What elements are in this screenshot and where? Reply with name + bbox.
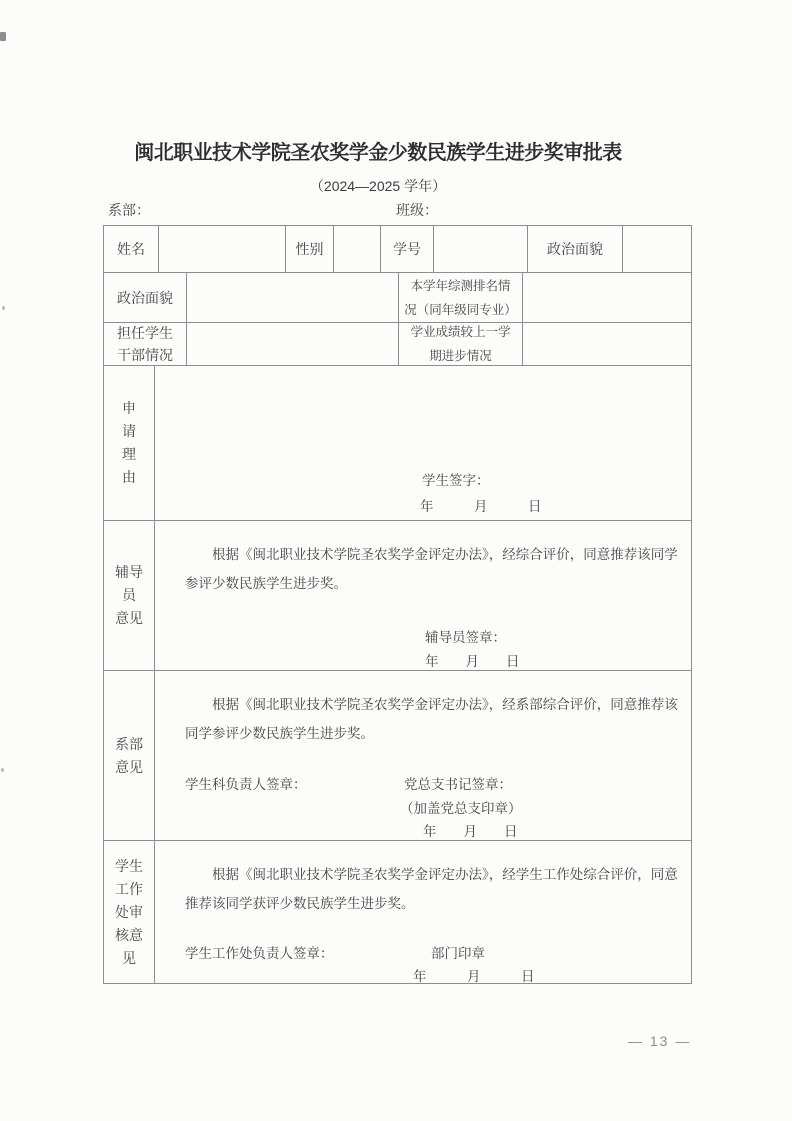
political-status-value-cell-2	[187, 273, 399, 322]
student-id-value-cell	[434, 226, 528, 272]
section-department-opinion: 系部 意见 根据《闽北职业技术学院圣农奖学金评定办法》，经系部综合评价，同意推荐…	[104, 671, 691, 841]
date-line: 年 月 日	[425, 650, 520, 670]
date-line: 年 月 日	[413, 965, 535, 985]
department-field-label: 系部：	[108, 200, 150, 220]
student-cadre-value-cell	[187, 323, 399, 365]
department-opinion-text: 根据《闽北职业技术学院圣农奖学金评定办法》，经系部综合评价，同意推荐该同学参评少…	[155, 671, 690, 748]
application-reason-label: 申 请 理 由	[104, 366, 155, 520]
student-section-chief-signature-label: 学生科负责人签章：	[185, 773, 307, 793]
counselor-opinion-content: 根据《闽北职业技术学院圣农奖学金评定办法》，经综合评价，同意推荐该同学参评少数民…	[155, 521, 691, 670]
date-line: 年 月 日	[423, 820, 518, 840]
affairs-chief-signature-label: 学生工作处负责人签章：	[185, 942, 334, 962]
party-secretary-signature-label: 党总支书记签章：	[404, 773, 512, 793]
department-seal-label: 部门印章	[431, 942, 485, 962]
gender-label-cell: 性别	[286, 226, 334, 272]
party-seal-note: （加盖党总支印章）	[400, 797, 522, 817]
approval-form-table: 姓名 性别 学号 政治面貌 政治面貌 本学年综测排名情 况（同年级同专业） 担任…	[103, 225, 692, 984]
date-line: 年 月 日	[420, 495, 542, 515]
student-cadre-label-cell: 担任学生 干部情况	[104, 323, 187, 365]
name-value-cell	[159, 226, 286, 272]
application-reason-content: 学生签字： 年 月 日	[155, 366, 691, 520]
political-status-value-cell	[623, 226, 691, 272]
department-opinion-label: 系部 意见	[104, 671, 155, 840]
academic-progress-value-cell	[523, 323, 691, 365]
scan-artifact	[2, 306, 5, 310]
table-row-basic-info: 姓名 性别 学号 政治面貌	[104, 226, 691, 273]
counselor-signature-label: 辅导员签章：	[425, 626, 506, 646]
academic-progress-label-cell: 学业成绩较上一学 期进步情况	[399, 323, 523, 365]
counselor-opinion-label: 辅导 员 意见	[104, 521, 155, 670]
class-field-label: 班级：	[396, 200, 438, 220]
student-affairs-review-label: 学生 工作 处审 核意 见	[104, 841, 155, 983]
department-opinion-content: 根据《闽北职业技术学院圣农奖学金评定办法》，经系部综合评价，同意推荐该同学参评少…	[155, 671, 691, 840]
student-affairs-review-content: 根据《闽北职业技术学院圣农奖学金评定办法》，经学生工作处综合评价，同意推荐该同学…	[155, 841, 691, 983]
student-id-label-cell: 学号	[381, 226, 434, 272]
comprehensive-rank-value-cell	[523, 273, 691, 322]
comprehensive-rank-label-cell: 本学年综测排名情 况（同年级同专业）	[399, 273, 523, 322]
section-student-affairs-review: 学生 工作 处审 核意 见 根据《闽北职业技术学院圣农奖学金评定办法》，经学生工…	[104, 841, 691, 983]
scan-artifact	[0, 32, 6, 41]
student-affairs-review-text: 根据《闽北职业技术学院圣农奖学金评定办法》，经学生工作处综合评价，同意推荐该同学…	[155, 841, 690, 918]
counselor-opinion-text: 根据《闽北职业技术学院圣农奖学金评定办法》，经综合评价，同意推荐该同学参评少数民…	[155, 521, 690, 598]
name-label-cell: 姓名	[104, 226, 159, 272]
political-status-label-cell-2: 政治面貌	[104, 273, 187, 322]
table-row-political-rank: 政治面貌 本学年综测排名情 况（同年级同专业）	[104, 273, 691, 323]
table-row-cadre-progress: 担任学生 干部情况 学业成绩较上一学 期进步情况	[104, 323, 691, 366]
political-status-label-cell: 政治面貌	[528, 226, 623, 272]
student-signature-label: 学生签字：	[422, 469, 490, 489]
scan-artifact	[1, 768, 4, 772]
scanned-form-page: 闽北职业技术学院圣农奖学金少数民族学生进步奖审批表 （2024—2025 学年）…	[0, 0, 792, 1121]
form-title: 闽北职业技术学院圣农奖学金少数民族学生进步奖审批表	[0, 136, 756, 165]
section-counselor-opinion: 辅导 员 意见 根据《闽北职业技术学院圣农奖学金评定办法》，经综合评价，同意推荐…	[104, 521, 691, 671]
gender-value-cell	[334, 226, 381, 272]
form-subtitle: （2024—2025 学年）	[0, 176, 756, 196]
page-number: — 13 —	[628, 1033, 691, 1049]
section-application-reason: 申 请 理 由 学生签字： 年 月 日	[104, 366, 691, 521]
